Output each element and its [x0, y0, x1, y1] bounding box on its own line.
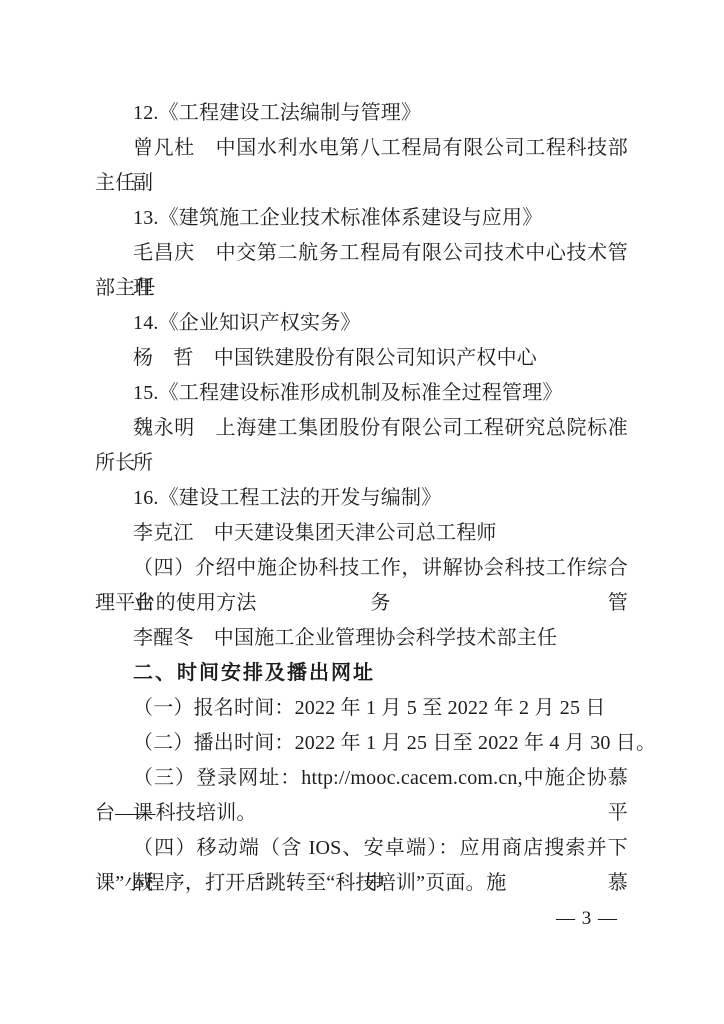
text-line: 魏永明 上海建工集团股份有限公司工程研究总院标准所 [95, 411, 628, 446]
text-line: 部主任 [95, 271, 628, 306]
section-heading: 二、时间安排及播出网址 [95, 656, 628, 691]
text-line: （三）登录网址：http://mooc.cacem.com.cn,中施企协慕课平 [95, 761, 628, 796]
text-line: （四）移动端（含 IOS、安卓端）：应用商店搜索并下载“中施慕 [95, 831, 628, 866]
document-page: 12.《工程建设工法编制与管理》曾凡杜 中国水利水电第八工程局有限公司工程科技部… [0, 0, 724, 1024]
document-body: 12.《工程建设工法编制与管理》曾凡杜 中国水利水电第八工程局有限公司工程科技部… [95, 96, 628, 901]
text-line: 李克江 中天建设集团天津公司总工程师 [95, 516, 628, 551]
text-line: （二）播出时间：2022 年 1 月 25 日至 2022 年 4 月 30 日… [95, 726, 628, 761]
page-number: — 3 — [95, 901, 618, 936]
text-line: 12.《工程建设工法编制与管理》 [95, 96, 628, 131]
text-line: 曾凡杜 中国水利水电第八工程局有限公司工程科技部副 [95, 131, 628, 166]
text-line: 所长 [95, 446, 628, 481]
text-line: （一）报名时间：2022 年 1 月 5 至 2022 年 2 月 25 日 [95, 691, 628, 726]
text-line: 主任 [95, 166, 628, 201]
text-line: 14.《企业知识产权实务》 [95, 306, 628, 341]
text-line: 杨 哲 中国铁建股份有限公司知识产权中心 [95, 341, 628, 376]
text-line: 李醒冬 中国施工企业管理协会科学技术部主任 [95, 621, 628, 656]
text-line: 16.《建设工程工法的开发与编制》 [95, 481, 628, 516]
text-line: 毛昌庆 中交第二航务工程局有限公司技术中心技术管理 [95, 236, 628, 271]
text-line: （四）介绍中施企协科技工作，讲解协会科技工作综合业务管 [95, 551, 628, 586]
text-line: 13.《建筑施工企业技术标准体系建设与应用》 [95, 201, 628, 236]
text-line: 15.《工程建设标准形成机制及标准全过程管理》 [95, 376, 628, 411]
